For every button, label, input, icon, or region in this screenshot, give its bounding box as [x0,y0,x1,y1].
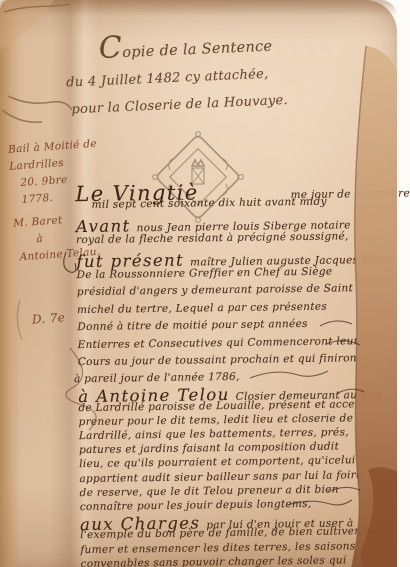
act-line-text: présidial d'angers y demeurant paroisse … [77,283,353,299]
photo-backdrop: Copie de la Sentencedu 4 Juillet 1482 cy… [0,0,410,567]
act-line-text: Donné à titre de moitié pour sept années [77,318,308,333]
act-line-text: Entierres et Consecutives qui Commencero… [77,335,359,351]
manuscript-page: Copie de la Sentencedu 4 Juillet 1482 cy… [0,0,397,567]
act-line-text: fumer et ensemencer les dites terres, le… [80,540,355,556]
act-line-text: connaître pour les jouir depuis longtems… [80,498,312,513]
act-line-text: Lardrillé, ainsi que les battements, ter… [79,426,349,442]
act-line-text: De la Roussonniere Greffier en Chef au S… [77,265,333,281]
act-line-text: patures et jardins faisant la compositio… [79,441,339,457]
act-line-text: appartient audit sieur bailleur sans par… [79,469,362,485]
act-text: Le Vingtième jour de novembre mil sept c… [75,178,380,567]
act-text-line: Le Vingtième jour de novembre [75,178,375,200]
act-line-text: michel du tertre, Lequel a par ces prése… [77,300,327,315]
act-line-text: mil sept cent soixante dix huit avant mi… [92,196,327,211]
act-line-text: preneur pour le dit tems, ledit lieu et … [79,412,354,428]
act-line-text: royal de la fleche residant à précigné s… [76,230,349,246]
act-line-text: Cours au jour de toussaint prochain et q… [78,352,362,368]
act-line-text: à pareil jour de l'année 1786, [74,371,240,385]
act-line-text: de reserve, que le dit Telou preneur a d… [80,483,339,499]
act-line-text: l'exemple du bon père de famille, de bie… [80,526,362,542]
top-deckled-edge [0,0,397,16]
cover-annotation: Copie de la Sentencedu 4 Juillet 1482 cy… [84,24,348,122]
